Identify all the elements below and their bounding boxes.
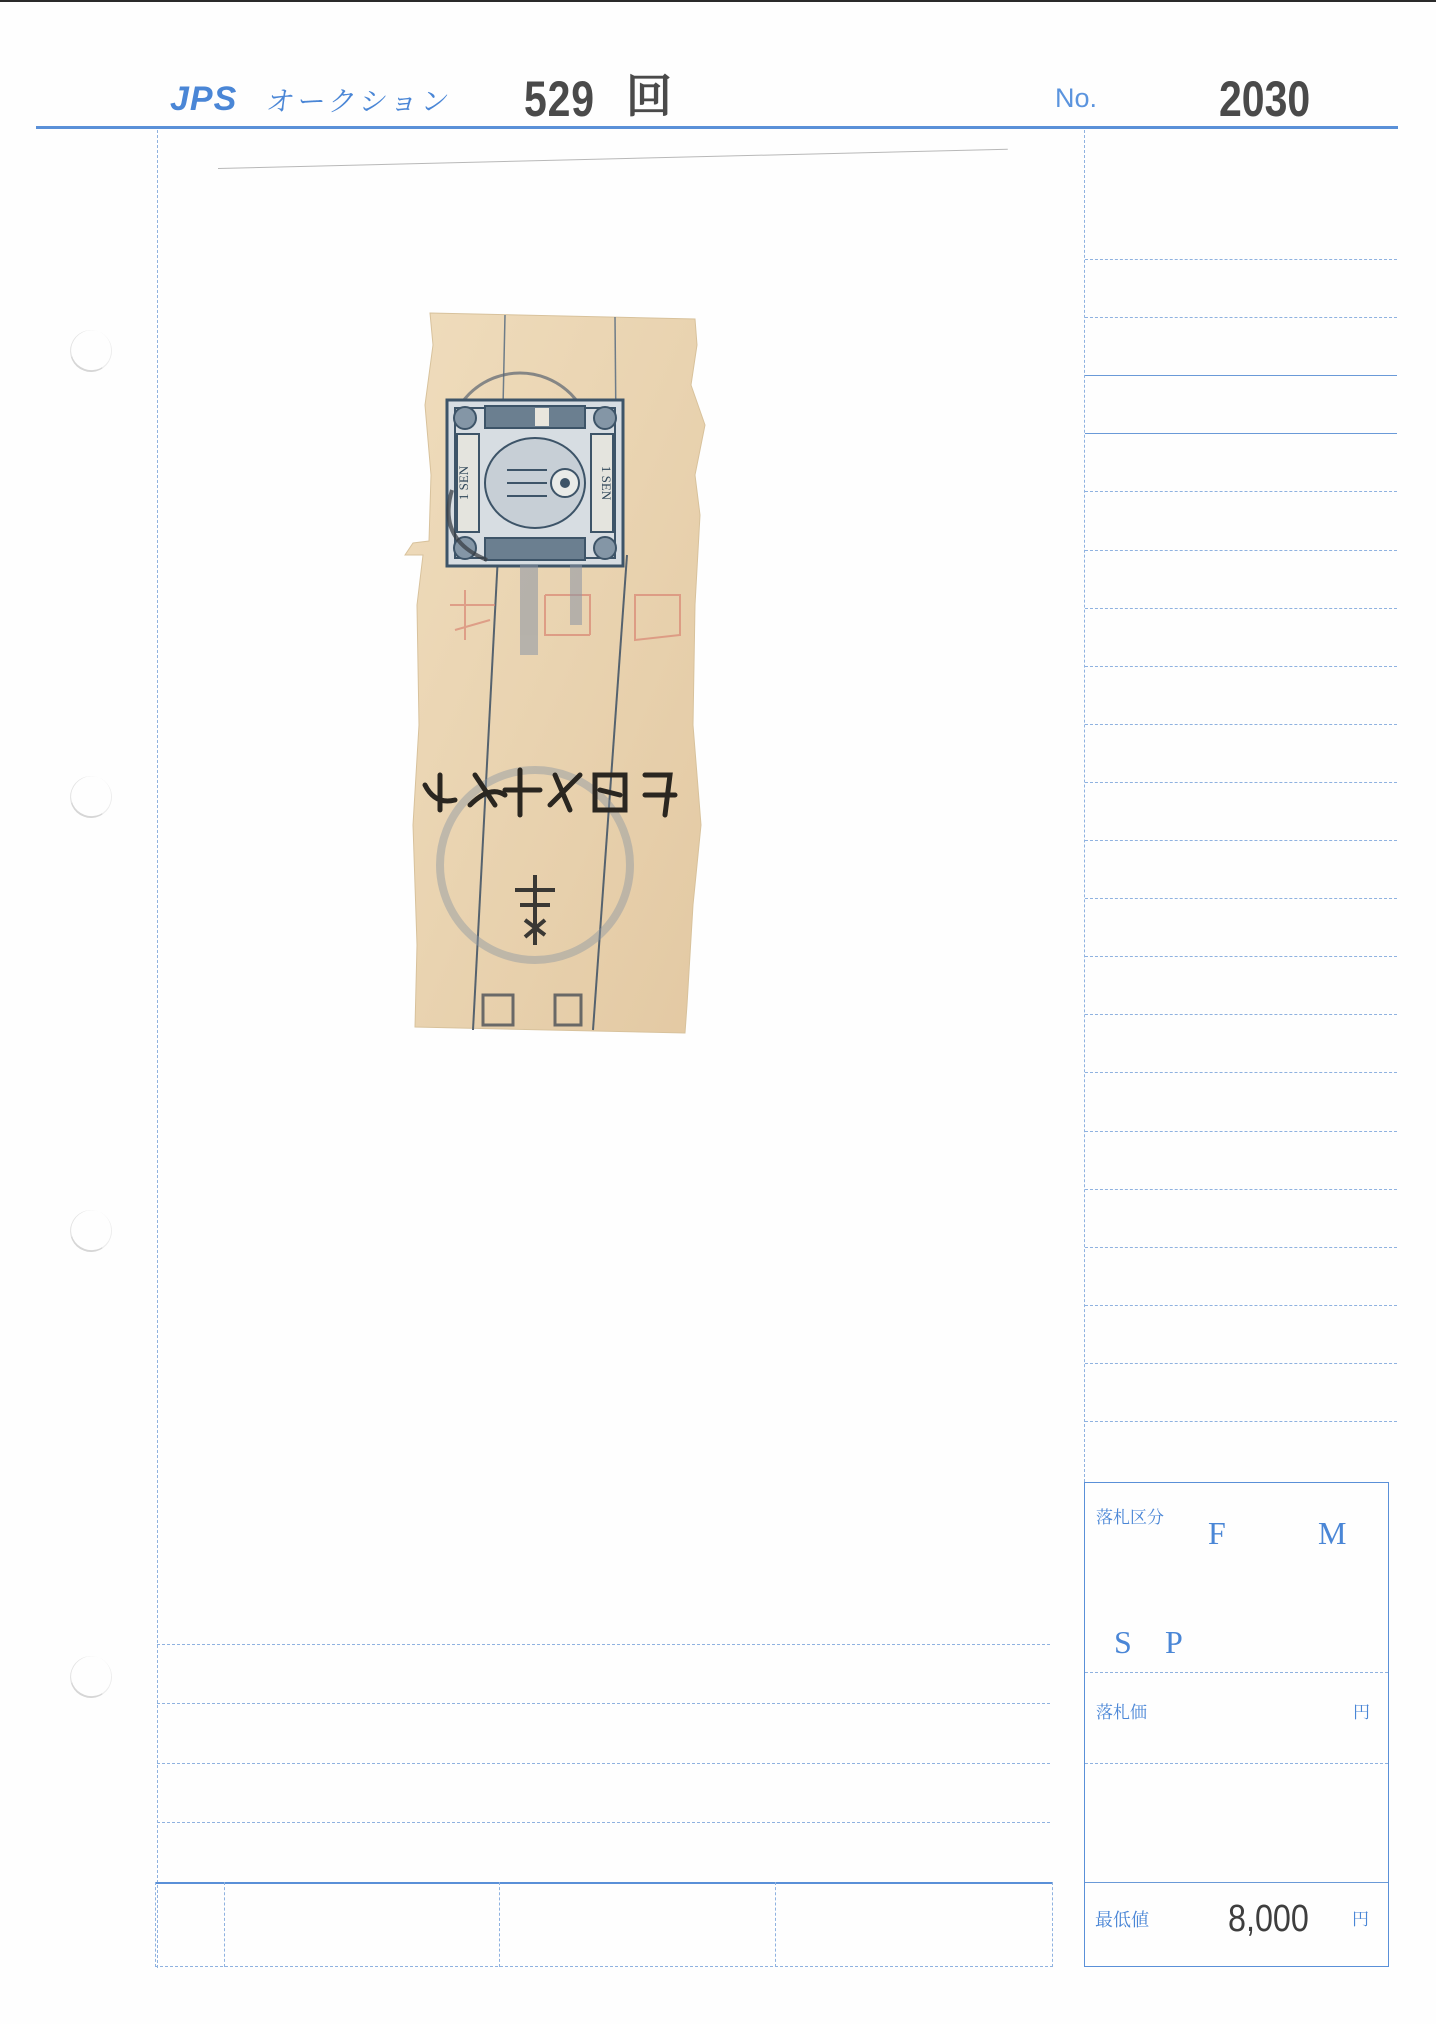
note-line [1085,259,1397,260]
minimum-price-unit: 円 [1352,1905,1369,1930]
note-line [1085,782,1397,783]
auction-round-number: 529 [524,70,595,128]
note-line [1085,433,1397,434]
note-line [1085,840,1397,841]
note-line [1085,1363,1397,1364]
note-line [1085,1072,1397,1073]
grade-option-p[interactable]: P [1165,1624,1183,1661]
note-line [1085,550,1397,551]
binder-hole-3 [64,1204,118,1258]
bid-info-box [1084,1482,1389,1967]
note-line [1085,666,1397,667]
right-column-guide [1084,130,1085,1482]
scan-artifact-line [218,149,1008,169]
bottom-table-col-divider [499,1882,500,1967]
note-line [1085,1421,1397,1422]
minimum-price-value: 8,000 [1228,1898,1309,1941]
grade-option-f[interactable]: F [1208,1515,1226,1552]
note-line [1085,898,1397,899]
note-line [157,1644,1050,1645]
bottom-table-col-divider [224,1882,225,1967]
note-line [1085,375,1397,376]
auction-round-unit: 回 [626,72,674,120]
note-line [1085,608,1397,609]
bottom-table-bottom-rule [155,1966,1053,1967]
bid-box-divider [1085,1882,1388,1883]
note-line [1085,1189,1397,1190]
note-line [1085,1014,1397,1015]
svg-text:1 SEN: 1 SEN [599,466,614,501]
grade-option-m[interactable]: M [1318,1515,1346,1552]
binder-hole-1 [64,324,118,378]
note-line [1085,317,1397,318]
binder-hole-4 [64,1650,118,1704]
note-line [1085,1131,1397,1132]
note-line [157,1763,1050,1764]
note-line [157,1703,1050,1704]
winning-price-field[interactable] [1160,1696,1340,1720]
bottom-table-col-edge [155,1882,156,1967]
note-line [1085,1305,1397,1306]
winning-price-unit: 円 [1353,1698,1370,1723]
left-margin-guide [157,130,158,1968]
grade-option-s[interactable]: S [1114,1624,1132,1661]
binder-hole-2 [64,770,118,824]
winning-price-label: 落札価 [1096,1698,1147,1723]
bottom-table-col-divider [775,1882,776,1967]
lot-number: 2030 [1219,70,1310,128]
note-line [1085,491,1397,492]
bid-box-divider [1085,1672,1388,1673]
bottom-table-top-rule [155,1882,1053,1884]
minimum-price-label: 最低値 [1095,1906,1149,1932]
note-line [1085,724,1397,725]
bid-category-label: 落札区分 [1096,1503,1164,1528]
brand-logo: JPS [170,80,237,119]
header-rule [36,126,1398,129]
brand-subtitle: オークション [264,80,455,120]
note-line [1085,956,1397,957]
stamp-specimen-image: 1 SEN 1 SEN [395,305,715,1040]
scan-top-border [0,0,1436,2]
note-line [157,1822,1050,1823]
note-line [1085,1247,1397,1248]
bid-box-divider [1085,1763,1388,1764]
svg-text:1 SEN: 1 SEN [456,465,471,500]
lot-number-label: No. [1055,83,1097,114]
bottom-table-col-edge [1052,1882,1053,1967]
